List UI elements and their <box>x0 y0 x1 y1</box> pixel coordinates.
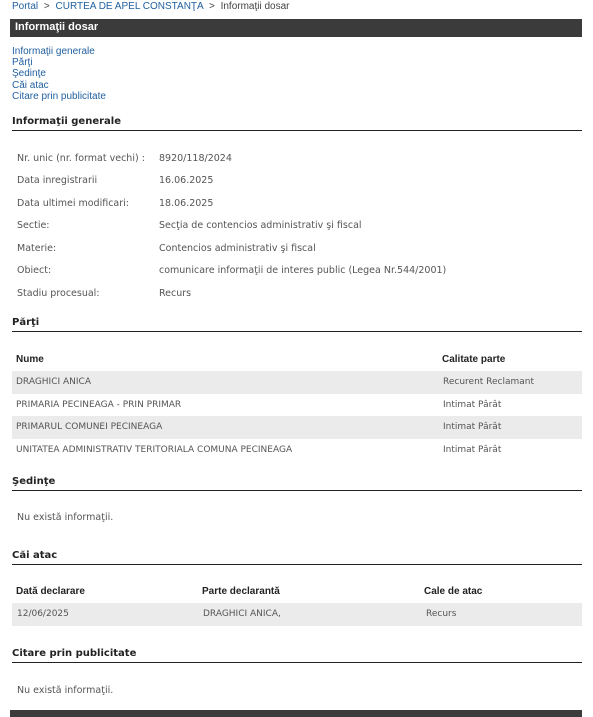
cell-calitate: Intimat Pârât <box>443 394 501 417</box>
column-header-cale-de-atac: Cale de atac <box>424 581 482 603</box>
nav-link-parti[interactable]: Părţi <box>12 57 106 68</box>
cell-calitate: Recurent Reclamant <box>443 371 534 394</box>
info-label: Sectie: <box>17 220 159 231</box>
info-value: comunicare informaţii de interes public … <box>159 265 446 276</box>
column-header-calitate: Calitate parte <box>442 349 505 371</box>
info-row: Nr. unic (nr. format vechi) :8920/118/20… <box>17 153 232 164</box>
page-title: Informaţii dosar <box>15 21 98 33</box>
cell-nume: UNITATEA ADMINISTRATIV TERITORIALA COMUN… <box>16 439 292 462</box>
nav-link-citare[interactable]: Citare prin publicitate <box>12 91 106 102</box>
column-header-nume: Nume <box>16 349 44 371</box>
parti-table: Nume Calitate parte DRAGHICI ANICA Recur… <box>12 349 582 461</box>
footer-bar <box>10 710 582 717</box>
info-row: Stadiu procesual:Recurs <box>17 288 191 299</box>
table-row: PRIMARUL COMUNEI PECINEAGA Intimat Pârât <box>12 416 582 439</box>
info-value: Contencios administrativ şi fiscal <box>159 243 316 254</box>
info-label: Nr. unic (nr. format vechi) : <box>17 153 159 164</box>
column-header-data-declarare: Dată declarare <box>16 581 85 603</box>
info-row: Materie:Contencios administrativ şi fisc… <box>17 243 316 254</box>
info-label: Data inregistrarii <box>17 175 159 186</box>
breadcrumb-current: Informaţii dosar <box>221 1 290 12</box>
table-row: PRIMARIA PECINEAGA - PRIN PRIMAR Intimat… <box>12 394 582 417</box>
section-title-parti: Părţi <box>12 317 582 332</box>
info-value: Secţia de contencios administrativ şi fi… <box>159 220 362 231</box>
info-value: 18.06.2025 <box>159 198 213 209</box>
section-title-informatii-generale: Informaţii generale <box>12 116 582 131</box>
table-row: DRAGHICI ANICA Recurent Reclamant <box>12 371 582 394</box>
info-label: Obiect: <box>17 265 159 276</box>
info-value: 8920/118/2024 <box>159 153 232 164</box>
cell-cale-de-atac: Recurs <box>426 603 456 626</box>
info-row: Data ultimei modificari:18.06.2025 <box>17 198 213 209</box>
info-row: Data inregistrarii16.06.2025 <box>17 175 213 186</box>
section-nav: Informaţii generale Părţi Şedinţe Căi at… <box>12 46 106 102</box>
table-header-row: Nume Calitate parte <box>12 349 582 371</box>
breadcrumb: Portal > CURTEA DE APEL CONSTANŢA > Info… <box>12 1 290 12</box>
cell-data-declarare: 12/06/2025 <box>17 603 69 626</box>
section-title-citare: Citare prin publicitate <box>12 648 582 663</box>
breadcrumb-court[interactable]: CURTEA DE APEL CONSTANŢA <box>56 1 204 12</box>
breadcrumb-portal[interactable]: Portal <box>12 1 38 12</box>
section-title-cai-atac: Căi atac <box>12 550 582 565</box>
info-row: Obiect:comunicare informaţii de interes … <box>17 265 446 276</box>
breadcrumb-separator: > <box>44 1 50 12</box>
info-label: Stadiu procesual: <box>17 288 159 299</box>
nav-link-cai-atac[interactable]: Căi atac <box>12 80 106 91</box>
table-row: 12/06/2025 DRAGHICI ANICA, Recurs <box>12 603 582 626</box>
info-row: Sectie:Secţia de contencios administrati… <box>17 220 362 231</box>
breadcrumb-separator: > <box>209 1 215 12</box>
sedinte-empty-message: Nu există informaţii. <box>17 512 113 523</box>
cai-atac-table: Dată declarare Parte declarantă Cale de … <box>12 581 582 626</box>
info-value: 16.06.2025 <box>159 175 213 186</box>
column-header-parte-declaranta: Parte declarantă <box>202 581 280 603</box>
info-value: Recurs <box>159 288 191 299</box>
nav-link-sedinte[interactable]: Şedinţe <box>12 68 106 79</box>
cell-calitate: Intimat Pârât <box>443 416 501 439</box>
cell-calitate: Intimat Pârât <box>443 439 501 462</box>
table-header-row: Dată declarare Parte declarantă Cale de … <box>12 581 582 603</box>
section-title-sedinte: Şedinţe <box>12 476 582 491</box>
info-label: Data ultimei modificari: <box>17 198 159 209</box>
cell-parte-declaranta: DRAGHICI ANICA, <box>203 603 281 626</box>
page-header-bar: Informaţii dosar <box>10 19 582 37</box>
table-row: UNITATEA ADMINISTRATIV TERITORIALA COMUN… <box>12 439 582 462</box>
info-label: Materie: <box>17 243 159 254</box>
cell-nume: PRIMARUL COMUNEI PECINEAGA <box>16 416 162 439</box>
citare-empty-message: Nu există informaţii. <box>17 685 113 696</box>
nav-link-informatii-generale[interactable]: Informaţii generale <box>12 46 106 57</box>
cell-nume: PRIMARIA PECINEAGA - PRIN PRIMAR <box>16 394 181 417</box>
cell-nume: DRAGHICI ANICA <box>16 371 91 394</box>
